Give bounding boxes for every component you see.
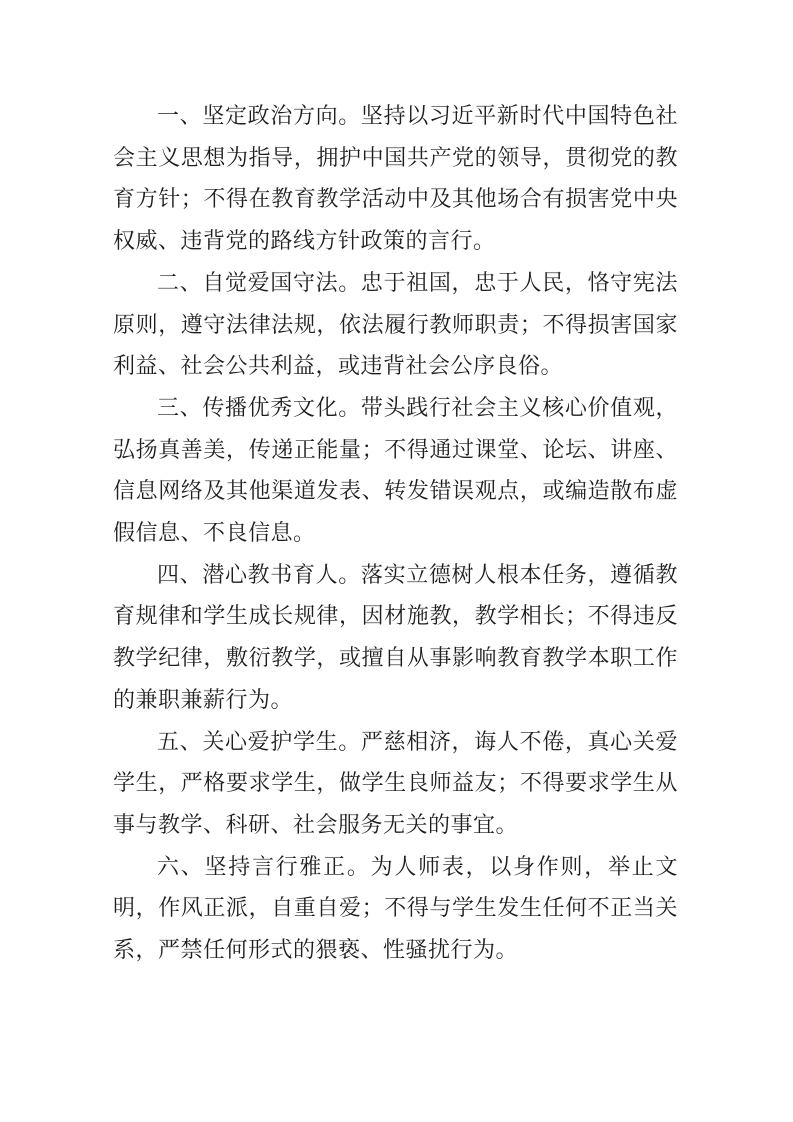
document-page: 一、坚定政治方向。坚持以习近平新时代中国特色社会主义思想为指导，拥护中国共产党的… — [0, 0, 793, 1122]
paragraph-2-patriotism-law: 二、自觉爱国守法。忠于祖国，忠于人民，恪守宪法原则，遵守法律法规，依法履行教师职… — [113, 262, 678, 387]
paragraph-3-culture: 三、传播优秀文化。带头践行社会主义核心价值观，弘扬真善美，传递正能量；不得通过课… — [113, 387, 678, 554]
paragraph-6-proper-conduct: 六、坚持言行雅正。为人师表，以身作则，举止文明，作风正派，自重自爱；不得与学生发… — [113, 846, 678, 971]
paragraph-1-political-direction: 一、坚定政治方向。坚持以习近平新时代中国特色社会主义思想为指导，拥护中国共产党的… — [113, 95, 678, 262]
paragraph-4-teaching: 四、潜心教书育人。落实立德树人根本任务，遵循教育规律和学生成长规律，因材施教，教… — [113, 554, 678, 721]
document-body: 一、坚定政治方向。坚持以习近平新时代中国特色社会主义思想为指导，拥护中国共产党的… — [113, 95, 678, 971]
paragraph-5-caring-students: 五、关心爱护学生。严慈相济，诲人不倦，真心关爱学生，严格要求学生，做学生良师益友… — [113, 721, 678, 846]
